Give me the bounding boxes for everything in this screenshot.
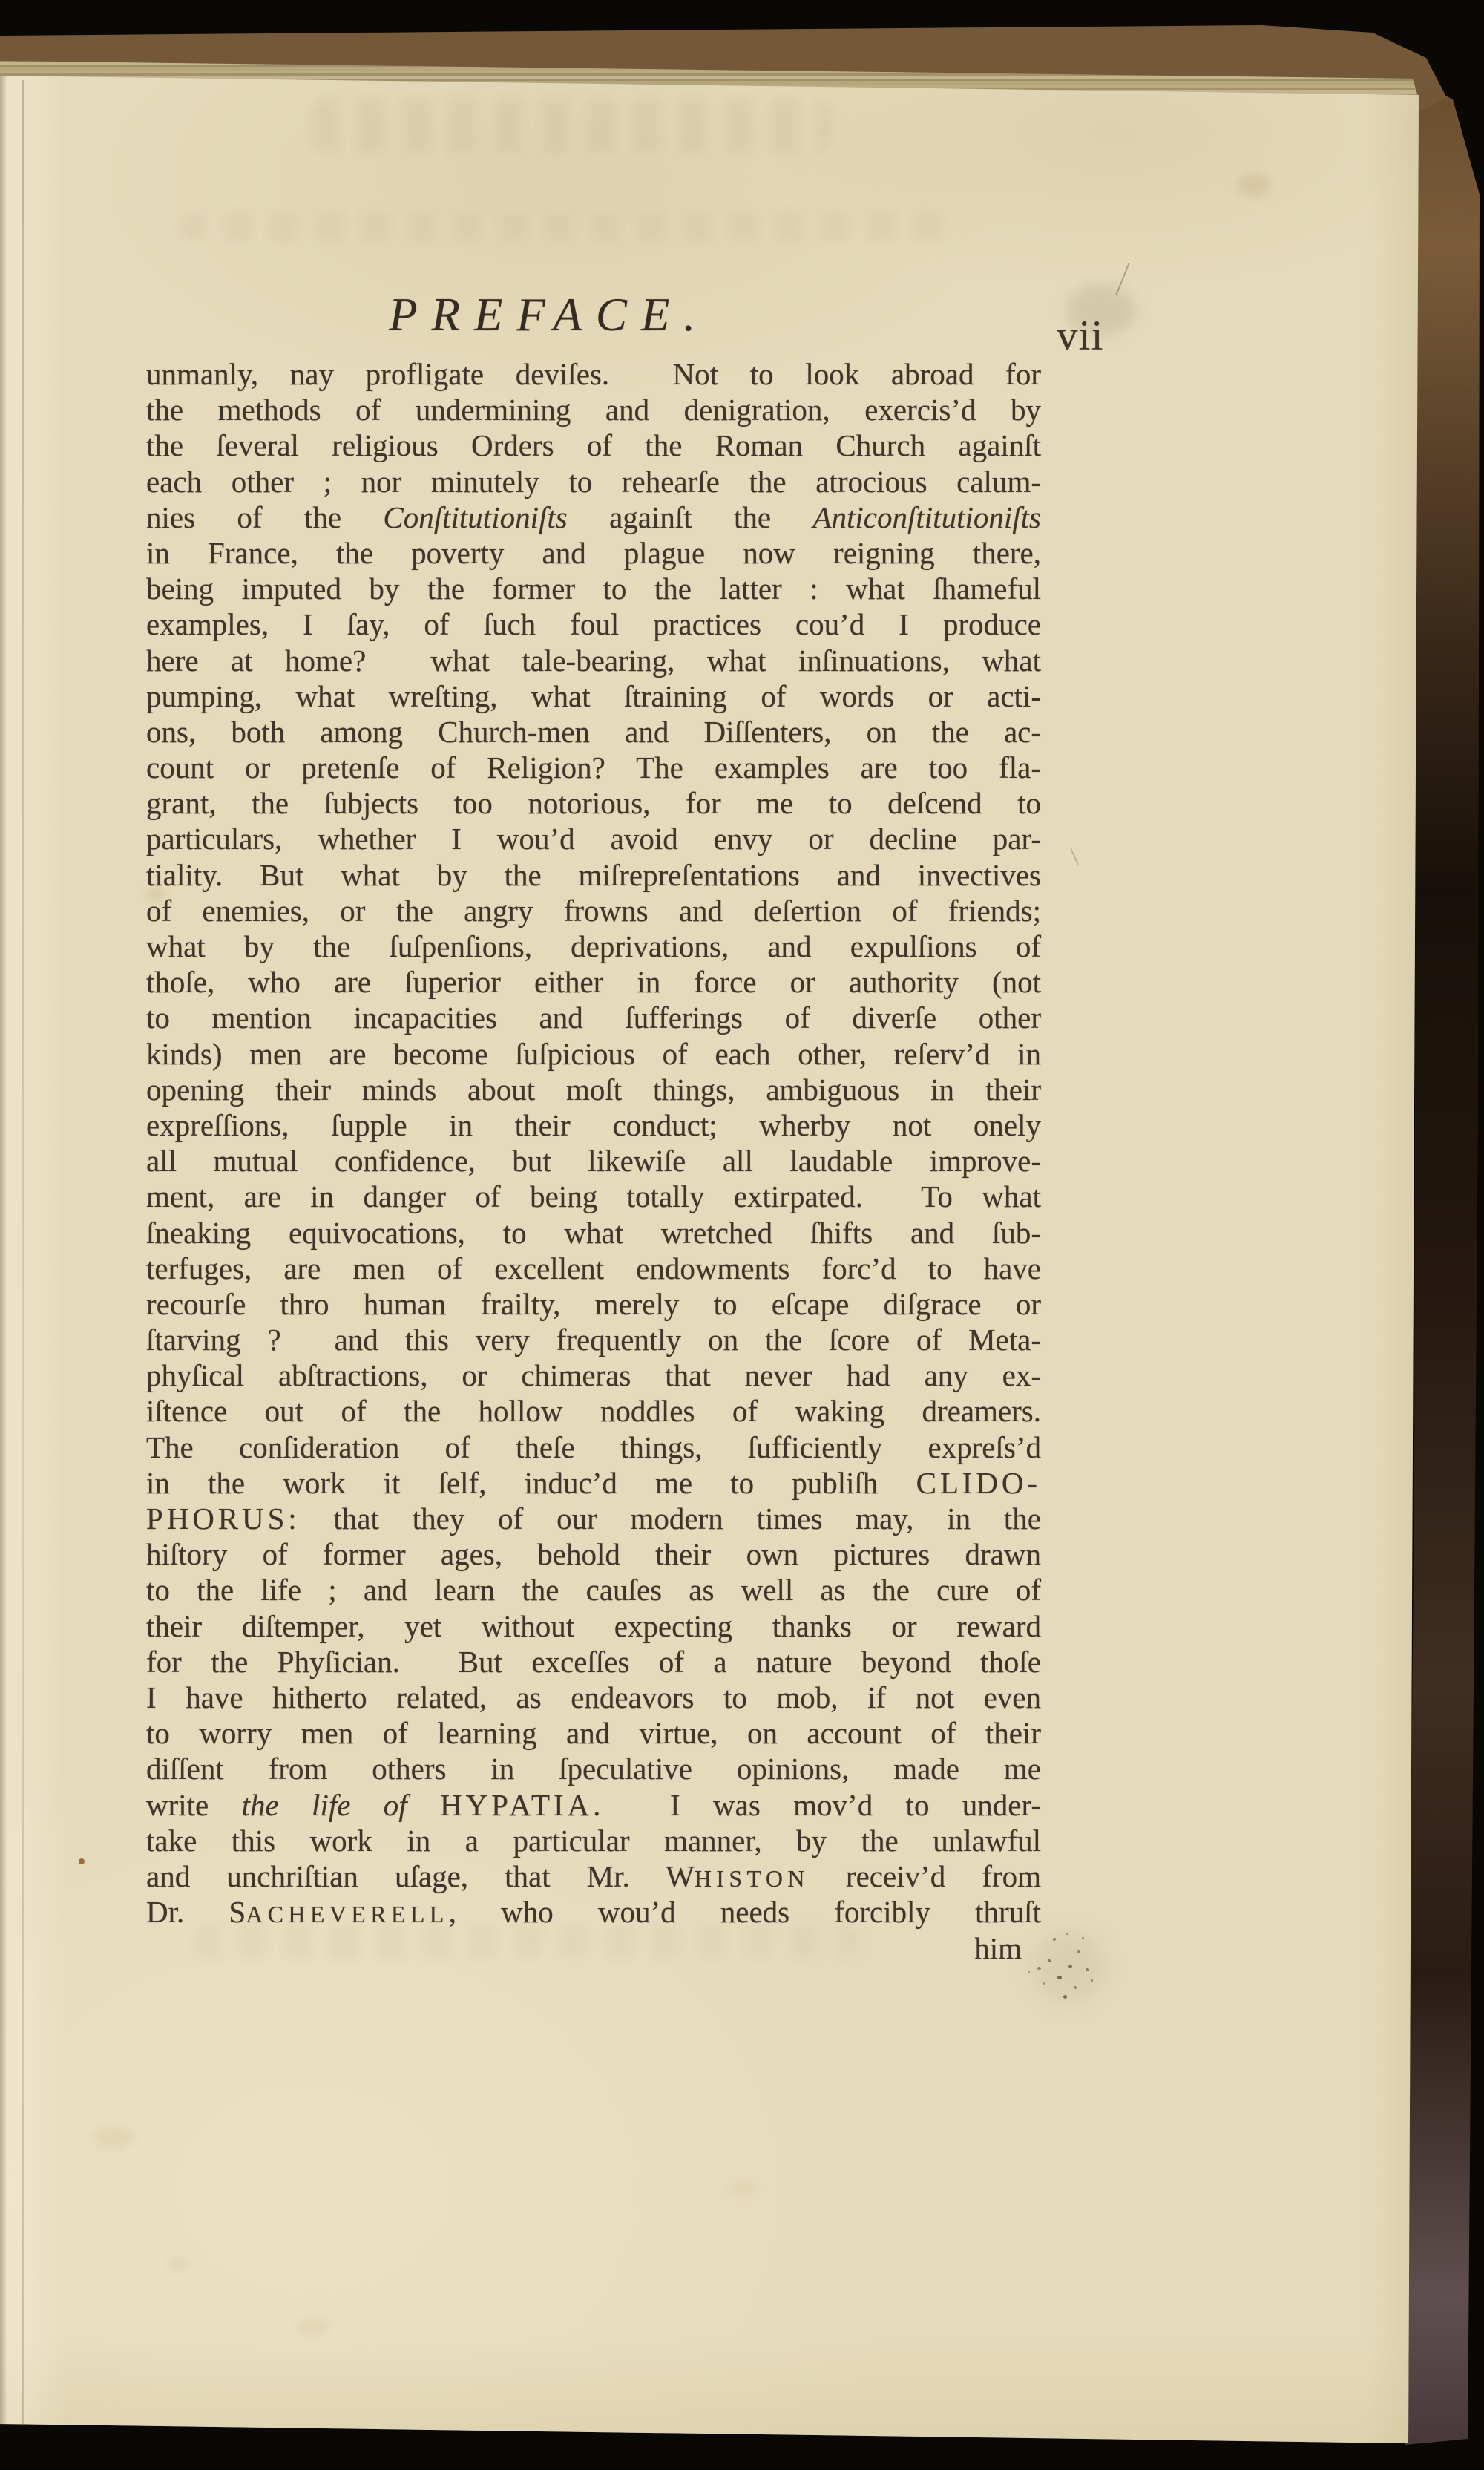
- text-line: PHORUS: that they of our modern times ma…: [146, 1501, 1041, 1536]
- text-line: nies of the Conſtitutioniſts againſt the…: [146, 499, 1041, 535]
- text-line: take this work in a particular manner, b…: [146, 1823, 1041, 1858]
- text-line: expreſſions, ſupple in their conduct; wh…: [146, 1107, 1041, 1143]
- text-line: write the life of HYPATIA. I was mov’d t…: [146, 1787, 1041, 1823]
- text-line: Dr. SACHEVERELL, who wou’d needs forcibl…: [146, 1894, 1041, 1930]
- text-line: diſſent from others in ſpeculative opini…: [146, 1751, 1041, 1786]
- text-line: for the Phyſician. But exceſſes of a nat…: [146, 1644, 1041, 1680]
- text-line: to the life ; and learn the cauſes as we…: [146, 1572, 1041, 1608]
- text-line: here at home? what tale-bearing, what in…: [146, 643, 1041, 678]
- text-line: in the work it ſelf, induc’d me to publi…: [146, 1465, 1041, 1501]
- text-line: examples, I ſay, of ſuch foul practices …: [146, 606, 1041, 642]
- body-text: unmanly, nay profligate deviſes. Not to …: [146, 356, 1041, 1930]
- photo-backdrop: { "page": { "header": { "title": "PREFAC…: [0, 0, 1484, 2470]
- text-line: ſneaking equivocations, to what wretched…: [146, 1215, 1041, 1251]
- text-line: phyſical abſtractions, or chimeras that …: [146, 1357, 1041, 1393]
- text-line: to worry men of learning and virtue, on …: [146, 1715, 1041, 1751]
- text-line: iſtence out of the hollow noddles of wak…: [146, 1393, 1041, 1429]
- text-line: the ſeveral religious Orders of the Roma…: [146, 427, 1041, 463]
- page-number: vii: [1057, 312, 1104, 360]
- text-line: of enemies, or the angry frowns and deſe…: [146, 893, 1041, 928]
- text-line: kinds) men are become ſuſpicious of each…: [146, 1036, 1041, 1072]
- text-line: their diſtemper, yet without expecting t…: [146, 1608, 1041, 1644]
- text-line: ment, are in danger of being totally ext…: [146, 1179, 1041, 1214]
- text-line: what by the ſuſpenſions, deprivations, a…: [146, 928, 1041, 964]
- catchword: him: [146, 1930, 1041, 1967]
- text-line: pumping, what wreſting, what ſtraining o…: [146, 678, 1041, 714]
- text-line: and unchriſtian uſage, that Mr. WHISTON …: [146, 1858, 1041, 1894]
- text-line: unmanly, nay profligate deviſes. Not to …: [146, 356, 1041, 392]
- text-line: I have hitherto related, as endeavors to…: [146, 1680, 1041, 1715]
- text-line: each other ; nor minutely to rehearſe th…: [146, 464, 1041, 499]
- page-title: PREFACE.: [119, 288, 979, 342]
- text-line: tiality. But what by the miſrepreſentati…: [146, 857, 1041, 893]
- book: PREFACE. vii unmanly, nay profligate dev…: [0, 0, 1484, 2470]
- text-line: count or pretenſe of Religion? The examp…: [146, 750, 1041, 785]
- text-line: terfuges, are men of excellent endowment…: [146, 1251, 1041, 1286]
- text-line: in France, the poverty and plague now re…: [146, 535, 1041, 571]
- text-line: ons, both among Church-men and Diſſenter…: [146, 714, 1041, 750]
- printed-page-content: PREFACE. vii unmanly, nay profligate dev…: [0, 0, 1484, 2470]
- text-line: recourſe thro human frailty, merely to e…: [146, 1286, 1041, 1322]
- text-line: ſtarving ? and this very frequently on t…: [146, 1322, 1041, 1357]
- text-line: The conſideration of theſe things, ſuffi…: [146, 1429, 1041, 1465]
- text-line: thoſe, who are ſuperior either in force …: [146, 964, 1041, 1000]
- text-line: all mutual confidence, but likewiſe all …: [146, 1143, 1041, 1179]
- text-line: hiſtory of former ages, behold their own…: [146, 1536, 1041, 1572]
- text-line: grant, the ſubjects too notorious, for m…: [146, 785, 1041, 821]
- text-line: the methods of undermining and denigrati…: [146, 392, 1041, 427]
- text-line: to mention incapacities and ſufferings o…: [146, 1000, 1041, 1035]
- text-line: being imputed by the former to the latte…: [146, 571, 1041, 606]
- text-line: particulars, whether I wou’d avoid envy …: [146, 821, 1041, 856]
- text-line: opening their minds about moſt things, a…: [146, 1072, 1041, 1107]
